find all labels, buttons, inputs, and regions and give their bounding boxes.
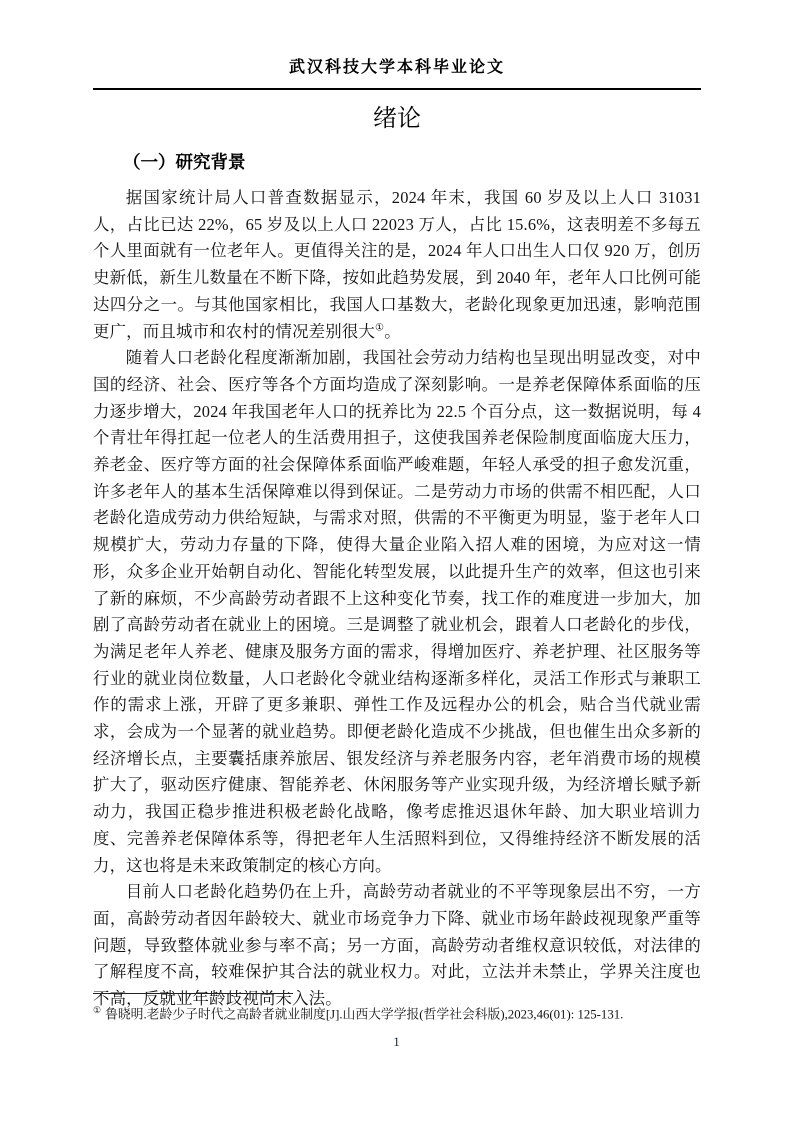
footnote-marker: ①: [93, 1005, 101, 1015]
paragraph-1-closing: 。: [384, 322, 401, 341]
paragraph-2: 随着人口老龄化程度渐渐加剧，我国社会劳动力结构也呈现出明显改变，对中国的经济、社…: [93, 345, 701, 879]
page-number: 1: [0, 1034, 793, 1050]
footnote-reference-marker: ①: [375, 322, 384, 333]
footnote-divider: [93, 993, 293, 994]
footnote: ①鲁晓明.老龄少子时代之高龄者就业制度[J].山西大学学报(哲学社会科版),20…: [93, 1001, 701, 1024]
section-heading-research-background: （一）研究背景: [93, 149, 701, 175]
header-rule: [93, 88, 701, 90]
footnote-text: 鲁晓明.老龄少子时代之高龄者就业制度[J].山西大学学报(哲学社会科版),202…: [105, 1007, 623, 1021]
running-head: 武汉科技大学本科毕业论文: [93, 58, 701, 78]
paragraph-1-text: 据国家统计局人口普查数据显示，2024 年末，我国 60 岁及以上人口 3103…: [93, 188, 701, 341]
footnote-area: ①鲁晓明.老龄少子时代之高龄者就业制度[J].山西大学学报(哲学社会科版),20…: [93, 993, 701, 1024]
page-content: 武汉科技大学本科毕业论文 绪论 （一）研究背景 据国家统计局人口普查数据显示，2…: [93, 58, 701, 1013]
paragraph-1: 据国家统计局人口普查数据显示，2024 年末，我国 60 岁及以上人口 3103…: [93, 185, 701, 345]
thesis-page: 武汉科技大学本科毕业论文 绪论 （一）研究背景 据国家统计局人口普查数据显示，2…: [0, 0, 793, 1122]
chapter-title: 绪论: [93, 103, 701, 135]
